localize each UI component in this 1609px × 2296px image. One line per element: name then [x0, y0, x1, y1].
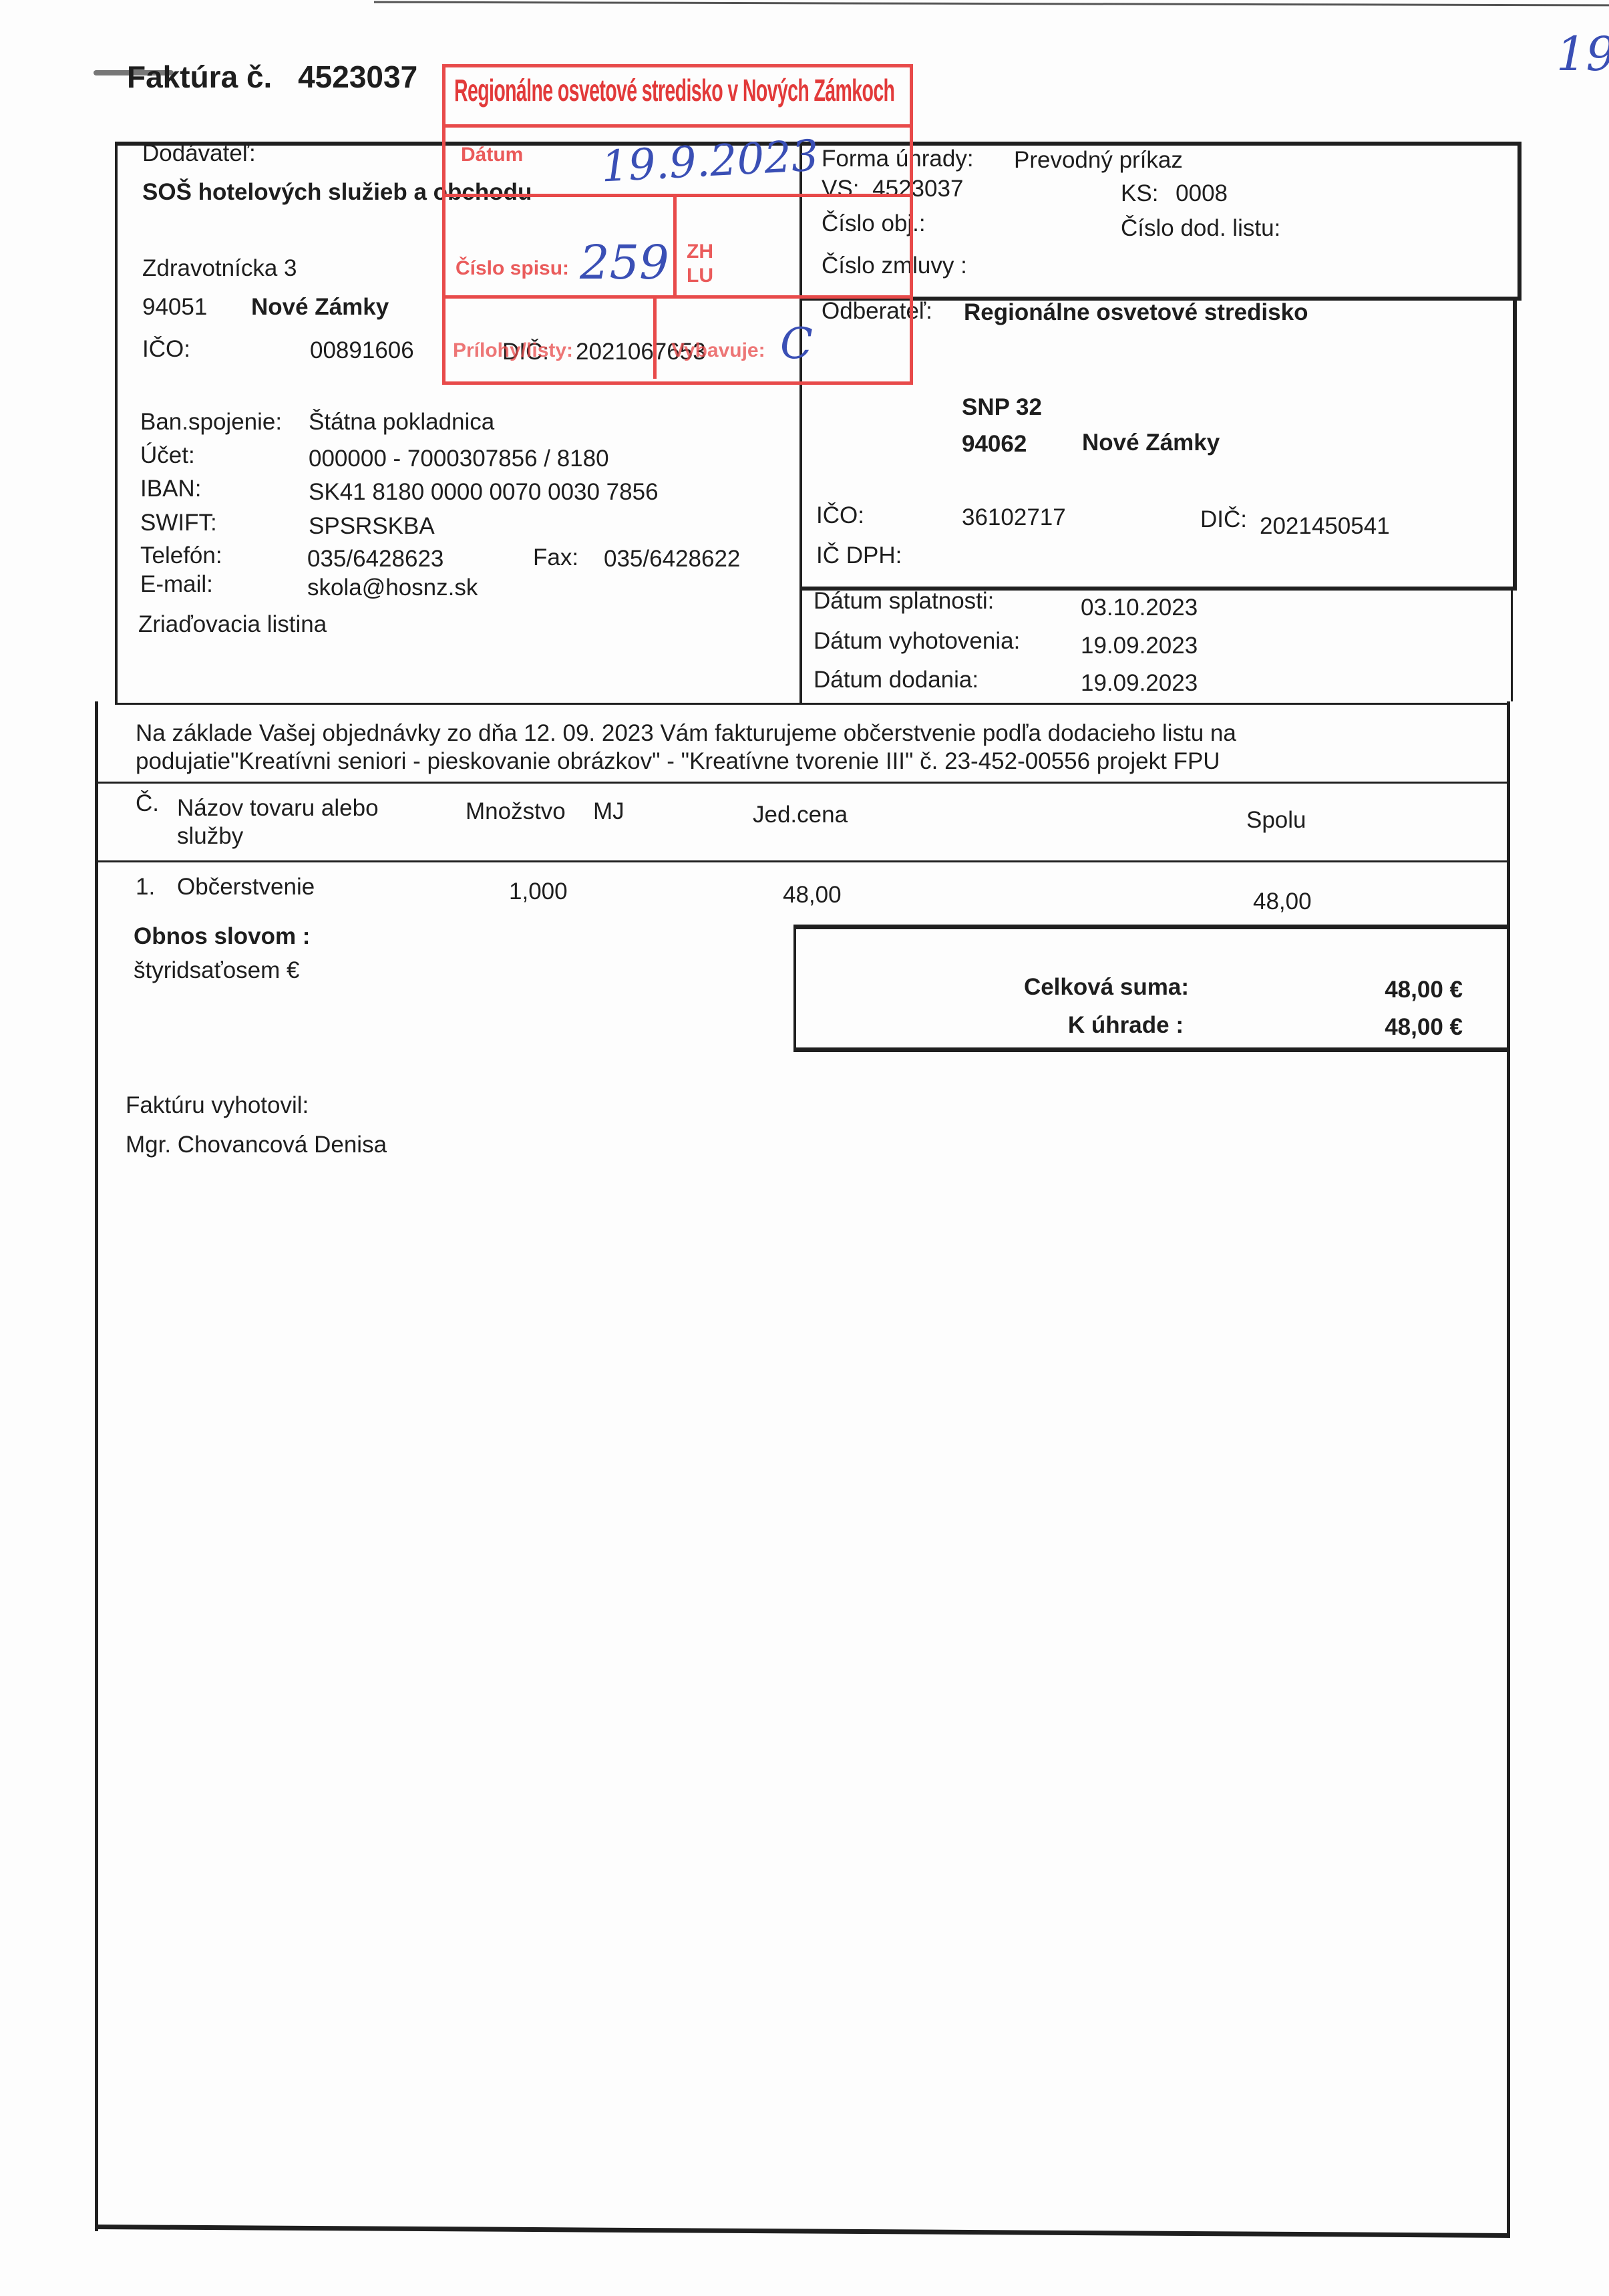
lower-frame-right — [1507, 701, 1510, 2238]
due-date: 03.10.2023 — [1081, 595, 1198, 621]
row-name: Občerstvenie — [177, 874, 315, 900]
supplier-street: Zdravotnícka 3 — [142, 255, 297, 282]
issuer-label: Faktúru vyhotovil: — [126, 1092, 309, 1119]
description-line-2: podujatie"Kreatívni seniori - pieskovani… — [136, 748, 1220, 775]
registration-note: Zriaďovacia listina — [138, 611, 327, 638]
row-total: 48,00 — [1253, 888, 1312, 915]
stamp-handler-label: Vybavuje: — [671, 339, 765, 362]
delivery-note-label: Číslo dod. listu: — [1121, 215, 1280, 242]
account-label: Účet: — [140, 442, 195, 469]
customer-box-right — [1513, 297, 1517, 591]
issue-date: 19.09.2023 — [1081, 633, 1198, 659]
iban-label: IBAN: — [140, 476, 201, 502]
customer-ic-dph-label: IČ DPH: — [816, 542, 902, 569]
swift-label: SWIFT: — [140, 510, 217, 536]
phone-value: 035/6428623 — [307, 546, 443, 572]
supplier-ico: 00891606 — [310, 337, 414, 364]
frame-left-line — [115, 142, 118, 703]
stamp-col-divider-2 — [653, 295, 657, 379]
invoice-title-label: Faktúra č. — [127, 59, 272, 94]
customer-ico: 36102717 — [962, 504, 1066, 531]
iban-value: SK41 8180 0000 0070 0030 7856 — [309, 479, 659, 506]
fax-value: 035/6428622 — [604, 546, 740, 572]
stamp-dept-code-2: LU — [687, 265, 713, 287]
fax-label: Fax: — [533, 544, 578, 571]
frame-right-line-upper — [1517, 142, 1522, 298]
col-header-total: Spolu — [1246, 807, 1306, 834]
table-header-top-line — [97, 782, 1509, 784]
customer-dic-label: DIČ: — [1200, 506, 1247, 533]
customer-zip: 94062 — [962, 431, 1027, 458]
totals-box-bottom — [793, 1047, 1508, 1052]
row-no: 1. — [136, 874, 155, 900]
customer-dic: 2021450541 — [1260, 513, 1390, 540]
issuer-name: Mgr. Chovancová Denisa — [126, 1132, 387, 1158]
delivery-date-label: Dátum dodania: — [814, 667, 978, 693]
totals-box-top — [793, 925, 1508, 929]
amount-words-label: Obnos slovom : — [134, 923, 310, 950]
table-header-bottom-line — [97, 860, 1509, 862]
amount-due-value: 48,00 € — [1322, 1014, 1463, 1041]
customer-city: Nové Zámky — [1082, 430, 1220, 456]
stamp-org-name: Regionálne osvetové stredisko v Nových Z… — [454, 72, 894, 108]
stamp-file-number-label: Číslo spisu: — [456, 257, 569, 280]
total-label: Celková suma: — [922, 974, 1189, 1001]
col-header-name-1: Názov tovaru alebo — [177, 795, 379, 822]
stamp-attachments-label: Prílohy/listy: — [453, 339, 573, 362]
amount-due-label: K úhrade : — [922, 1012, 1184, 1039]
phone-label: Telefón: — [140, 542, 222, 569]
email-label: E-mail: — [140, 571, 213, 598]
col-header-unit-price: Jed.cena — [753, 802, 848, 828]
dates-right-line — [1511, 588, 1513, 701]
stamp-col-divider-1 — [673, 194, 677, 297]
account-value: 000000 - 7000307856 / 8180 — [309, 446, 609, 472]
customer-name: Regionálne osvetové stredisko — [964, 299, 1308, 326]
bank-label: Ban.spojenie: — [140, 409, 282, 436]
invoice-title: Faktúra č. 4523037 — [127, 59, 417, 95]
stamp-date-label: Dátum — [461, 144, 523, 166]
delivery-date: 19.09.2023 — [1081, 670, 1198, 697]
email-value: skola@hosnz.sk — [307, 575, 478, 601]
payment-method: Prevodný príkaz — [1014, 147, 1183, 174]
col-header-no: Č. — [136, 790, 159, 817]
col-header-unit: MJ — [593, 798, 624, 825]
bank-value: Štátna pokladnica — [309, 409, 494, 436]
row-qty: 1,000 — [509, 878, 568, 905]
customer-ico-label: IČO: — [816, 502, 864, 529]
stamp-header-divider — [442, 124, 910, 128]
due-date-label: Dátum splatnosti: — [814, 588, 994, 615]
customer-street: SNP 32 — [962, 394, 1042, 421]
stamp-handler-initial: C — [780, 319, 813, 369]
ks-label: KS: — [1121, 180, 1158, 206]
col-header-qty: Množstvo — [466, 798, 566, 825]
ks-value: 0008 — [1176, 180, 1228, 206]
row-unit-price: 48,00 — [783, 882, 842, 909]
description-top-line — [115, 703, 1509, 705]
stamp-outer-border — [442, 64, 913, 385]
invoice-number: 4523037 — [298, 59, 417, 94]
handwritten-page-number: 192 — [1556, 27, 1609, 81]
swift-value: SPSRSKBA — [309, 513, 435, 540]
stamp-dept-code-1: ZH — [687, 240, 713, 263]
totals-box-left — [793, 925, 796, 1051]
supplier-ico-label: IČO: — [142, 336, 190, 363]
stamp-file-number-value: 259 — [580, 235, 669, 290]
lower-frame-left — [95, 701, 98, 2231]
description-line-1: Na základe Vašej objednávky zo dňa 12. 0… — [136, 720, 1236, 747]
amount-words-value: štyridsaťosem € — [134, 957, 300, 984]
scan-edge-line — [374, 1, 1609, 7]
lower-frame-bottom — [95, 2225, 1510, 2238]
ks-field: KS: 0008 — [1121, 180, 1228, 207]
issue-date-label: Dátum vyhotovenia: — [814, 628, 1020, 655]
supplier-city: Nové Zámky — [251, 294, 389, 321]
col-header-name-2: služby — [177, 823, 243, 850]
supplier-zip: 94051 — [142, 294, 207, 321]
supplier-label: Dodávateľ: — [142, 140, 256, 167]
total-value: 48,00 € — [1322, 977, 1463, 1003]
